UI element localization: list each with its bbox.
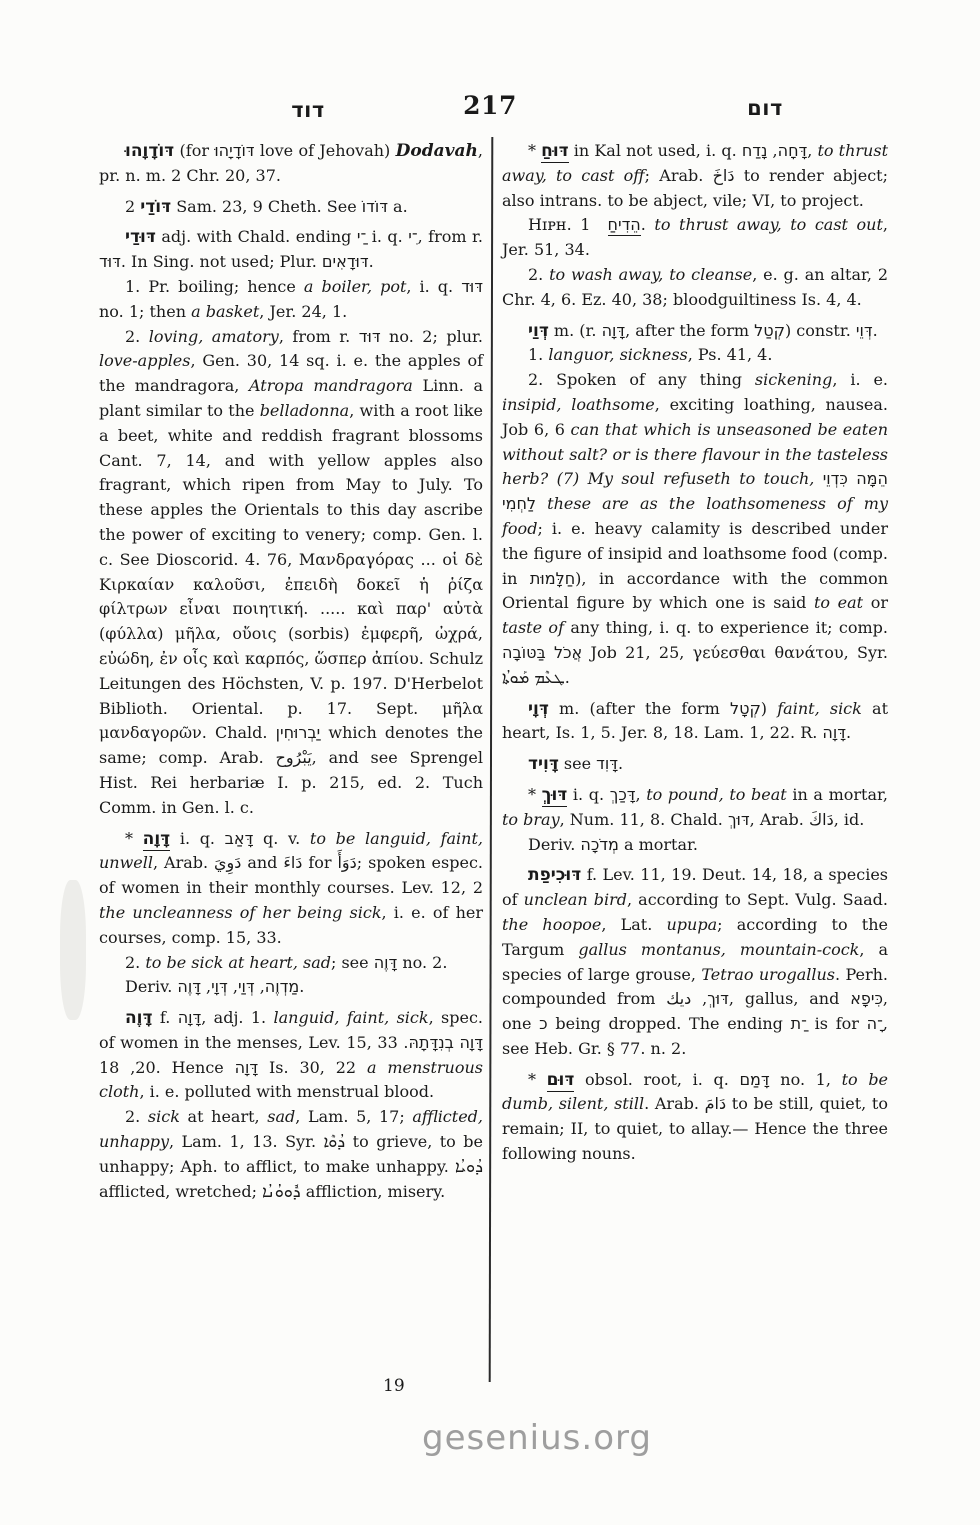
entry-paragraph: 2. sick at heart, sad, Lam. 5, 17; affli… xyxy=(99,1105,483,1204)
entry-paragraph: * דּוּחַ in Kal not used, i. q. דָּחָה, … xyxy=(502,139,888,213)
entry-paragraph: 2. loving, amatory, from r. דּוּד no. 2;… xyxy=(99,325,483,821)
page-number: 217 xyxy=(430,91,550,120)
scanned-lexicon-page: דוד 217 דום דּוֹדָוָהוּ (for דּוֹדָיָהוּ… xyxy=(0,0,980,1525)
entry-paragraph: Hɪᴘʜ. הֵדִיחַ 1. to thrust away, to cast… xyxy=(502,213,888,263)
entry-paragraph: דָּוֶה f. דָּוָה, adj. 1. languid, faint… xyxy=(99,1006,483,1105)
printer-signature-mark: 19 xyxy=(383,1376,405,1396)
watermark: gesenius.org xyxy=(422,1418,652,1458)
entry-paragraph: * דָּוָה i. q. דָּאַב q. v. to be langui… xyxy=(99,827,483,951)
entry-paragraph: דְּוַי m. (r. דָּוָה, after the form קְט… xyxy=(502,319,888,344)
entry-paragraph: 2. to be sick at heart, sad; see דָּוֶה … xyxy=(99,951,483,976)
entry-paragraph: * דּוּךְ i. q. דָּכַךְ, to pound, to bea… xyxy=(502,783,888,833)
column-divider-rule xyxy=(489,137,494,1382)
entry-paragraph: דּוֹדַי 2 Sam. 23, 9 Cheth. See דּוֹדוֹ … xyxy=(99,195,483,220)
right-column: * דּוּחַ in Kal not used, i. q. דָּחָה, … xyxy=(502,139,888,1167)
entry-paragraph: 2. Spoken of any thing sickening, i. e. … xyxy=(502,368,888,690)
entry-paragraph: 1. languor, sickness, Ps. 41, 4. xyxy=(502,343,888,368)
entry-paragraph: דּוֹדָוָהוּ (for דּוֹדָיָהוּ love of Jeh… xyxy=(99,139,483,189)
left-column: דּוֹדָוָהוּ (for דּוֹדָיָהוּ love of Jeh… xyxy=(99,139,483,1204)
entry-paragraph: Deriv. מְדֹכָה a mortar. xyxy=(502,833,888,858)
entry-paragraph: דּוּדַי adj. with Chald. ending ־ַי i. q… xyxy=(99,225,483,275)
entry-paragraph: דְּוָי m. (after the form קְטָל) faint, … xyxy=(502,697,888,747)
running-head-right-keyword: דום xyxy=(705,95,825,120)
entry-paragraph: 1. Pr. boiling; hence a boiler, pot, i. … xyxy=(99,275,483,325)
entry-paragraph: 2. to wash away, to cleanse, e. g. an al… xyxy=(502,263,888,313)
entry-paragraph: דָּוִיד see דָּוִד. xyxy=(502,752,888,777)
running-head-left-keyword: דוד xyxy=(248,97,368,122)
entry-paragraph: * דּוּם obsol. root, i. q. דָּמַם no. 1,… xyxy=(502,1068,888,1167)
entry-paragraph: Deriv. מַדְוֶה, דְּוַי, דְּוָי, דָּוֶה. xyxy=(99,975,483,1000)
entry-paragraph: דּוּכִיפַת f. Lev. 11, 19. Deut. 14, 18,… xyxy=(502,863,888,1061)
